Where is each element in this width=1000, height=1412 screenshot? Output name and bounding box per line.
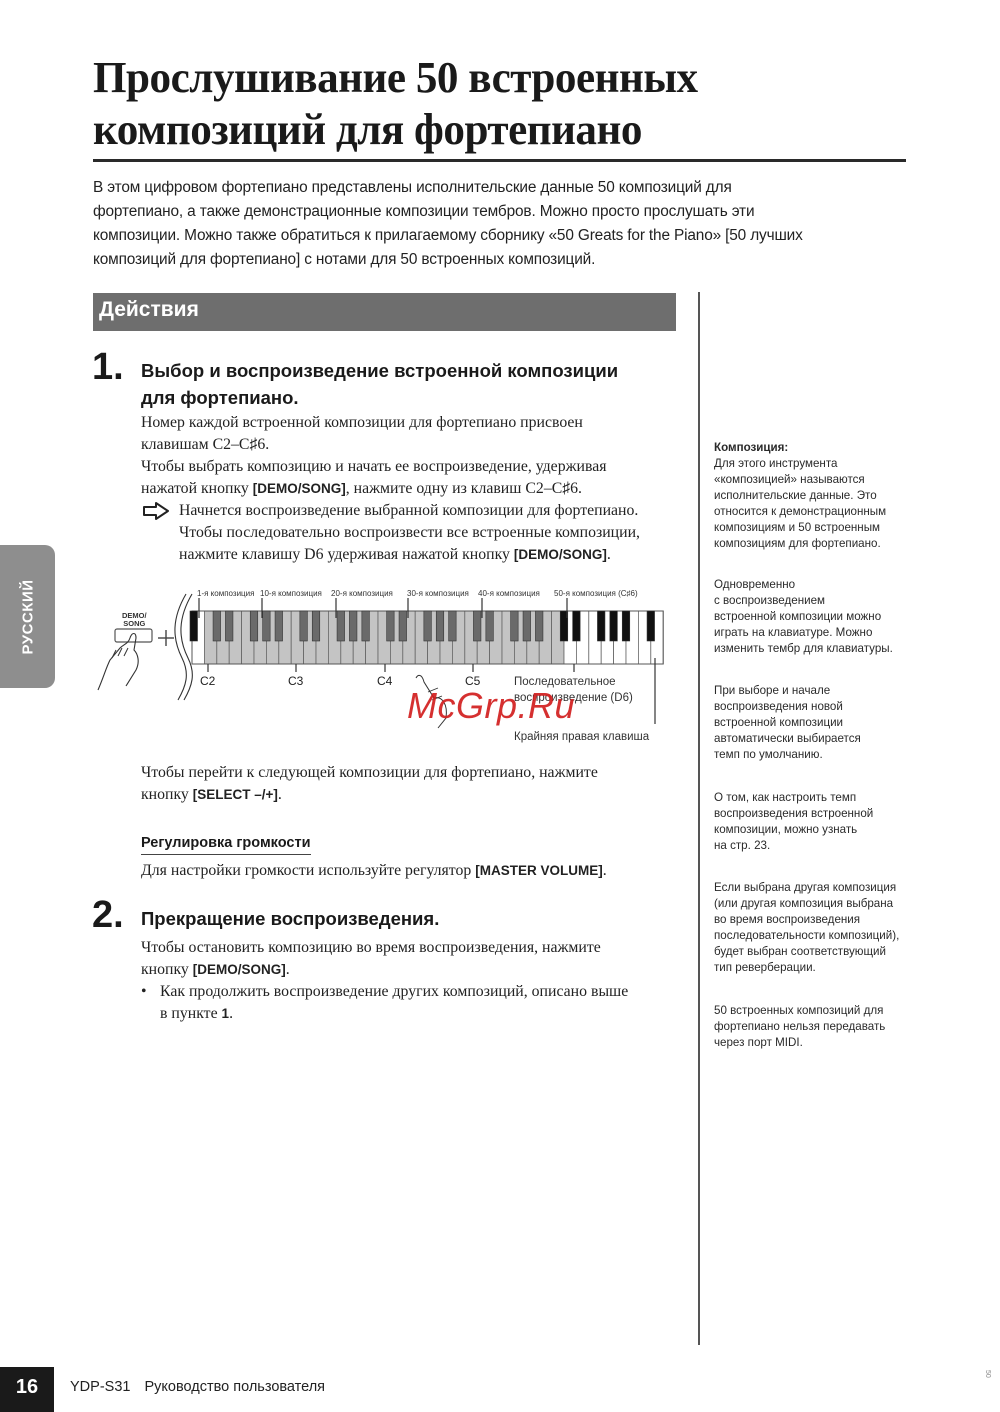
text-line: Чтобы перейти к следующей композиции для… (141, 762, 681, 784)
title-line-2: композиций для фортепиано (93, 105, 642, 154)
manual-name: Руководство пользователя (144, 1379, 325, 1395)
sidebar-note: Композиция:Для этого инструмента«компози… (714, 440, 919, 552)
section-header: Действия (93, 293, 676, 331)
page-number: 16 (0, 1376, 54, 1399)
note-line: на стр. 23. (714, 838, 919, 854)
step-1-paragraph: Номер каждой встроенной композиции для ф… (141, 412, 681, 500)
text: . (229, 1005, 233, 1022)
next-song-paragraph: Чтобы перейти к следующей композиции для… (141, 762, 681, 806)
text: . (607, 546, 611, 563)
note-line: О том, как настроить темп (714, 790, 919, 806)
rightmost-key-label: Крайняя правая клавиша (514, 729, 649, 745)
step-2-paragraph: Чтобы остановить композицию во время вос… (141, 937, 681, 981)
select-button-ref: [SELECT –/+] (193, 787, 278, 802)
note-line: будет выбран соответствующий (714, 944, 919, 960)
text: Для настройки громкости используйте регу… (141, 862, 475, 879)
text: кнопку (141, 961, 193, 978)
intro-line: композиций для фортепиано] с нотами для … (93, 248, 908, 272)
text: . (278, 786, 282, 803)
corner-mark: 50 (984, 1370, 991, 1378)
volume-paragraph: Для настройки громкости используйте регу… (141, 860, 681, 882)
note-line: Если выбрана другая композиция (714, 880, 919, 896)
song-marker-label: 40-я композиция (478, 589, 540, 598)
note-line: автоматически выбирается (714, 731, 919, 747)
intro-line: В этом цифровом фортепиано представлены … (93, 176, 908, 200)
note-line: играть на клавиатуре. Можно (714, 625, 919, 641)
text-line: кнопку [SELECT –/+]. (141, 784, 681, 806)
note-line: 50 встроенных композиций для (714, 1003, 919, 1019)
note-line: композициям для фортепиано. (714, 536, 919, 552)
sidebar-note: 50 встроенных композиций дляфортепиано н… (714, 1003, 919, 1051)
note-line: воспроизведения встроенной (714, 806, 919, 822)
note-line: встроенной композиции можно (714, 609, 919, 625)
demo-song-button-ref: [DEMO/SONG] (253, 481, 346, 496)
language-label: РУССКИЙ (19, 579, 36, 654)
song-marker-label: 30-я композиция (407, 589, 469, 598)
octave-label: C2 (200, 674, 215, 688)
song-marker-label: 1-я композиция (197, 589, 254, 598)
note-line: темп по умолчанию. (714, 747, 919, 763)
bullet-icon: • (141, 981, 147, 1003)
note-line: фортепиано нельзя передавать (714, 1019, 919, 1035)
step-ref: 1 (222, 1006, 230, 1021)
step-2-title: Прекращение воспроизведения. (141, 905, 439, 932)
sidebar-note: Одновременнос воспроизведениемвстроенной… (714, 577, 919, 657)
song-marker-label: 10-я композиция (260, 589, 322, 598)
note-line: «композицией» называются (714, 472, 919, 488)
note-line: с воспроизведением (714, 593, 919, 609)
sidebar-note: При выборе и началевоспроизведения новой… (714, 683, 919, 763)
master-volume-ref: [MASTER VOLUME] (475, 863, 603, 878)
note-line: последовательности композиций), (714, 928, 919, 944)
result-arrow-icon (142, 502, 170, 520)
watermark: McGrp.Ru (407, 685, 575, 727)
note-heading: Композиция: (714, 440, 919, 456)
text-line: клавишам C2–C♯6. (141, 434, 681, 456)
step-1-title: Выбор и воспроизведение встроенной компо… (141, 357, 618, 411)
note-line: относится к демонстрационным (714, 504, 919, 520)
step-1-result: Начнется воспроизведение выбранной компо… (179, 500, 679, 566)
page-title: Прослушивание 50 встроенных композиций д… (93, 52, 892, 156)
note-line: При выборе и начале (714, 683, 919, 699)
text-line: в пункте 1. (160, 1003, 680, 1025)
text: . (603, 862, 607, 879)
text-line: нажатой кнопку [DEMO/SONG], нажмите одну… (141, 478, 681, 500)
step-2-number: 2. (92, 896, 124, 934)
note-line: через порт MIDI. (714, 1035, 919, 1051)
keyboard-diagram: DEMO/ SONG 1-я композиция10-я композиция… (90, 578, 680, 748)
text-line: Чтобы выбрать композицию и начать ее вос… (141, 456, 681, 478)
demo-song-button-ref: [DEMO/SONG] (193, 962, 286, 977)
song-marker-label: 50-я композиция (C♯6) (554, 589, 638, 598)
title-line-1: Прослушивание 50 встроенных (93, 53, 698, 102)
note-line: композиции, можно узнать (714, 822, 919, 838)
title-rule (93, 159, 906, 162)
section-title: Действия (99, 298, 199, 322)
text: нажмите клавишу D6 удерживая нажатой кно… (179, 546, 514, 563)
text: кнопку (141, 786, 193, 803)
note-line: (или другая композиция выбрана (714, 896, 919, 912)
note-line: тип реверберации. (714, 960, 919, 976)
footer-text: YDP-S31Руководство пользователя (70, 1379, 325, 1395)
demo-song-button-ref: [DEMO/SONG] (514, 547, 607, 562)
text: нажатой кнопку (141, 480, 253, 497)
text: в пункте (160, 1005, 222, 1022)
column-divider (698, 292, 700, 1345)
sidebar-note: О том, как настроить темпвоспроизведения… (714, 790, 919, 854)
text: . (286, 961, 290, 978)
intro-line: фортепиано, а также демонстрационные ком… (93, 200, 908, 224)
text-line: Чтобы остановить композицию во время вос… (141, 937, 681, 959)
text: , нажмите одну из клавиш C2–C♯6. (346, 480, 582, 497)
note-line: встроенной композиции (714, 715, 919, 731)
note-line: Одновременно (714, 577, 919, 593)
step-1-title-line: для фортепиано. (141, 384, 618, 411)
note-line: Для этого инструмента (714, 456, 919, 472)
model-name: YDP-S31 (70, 1379, 130, 1395)
page-number-box: 16 (0, 1367, 54, 1412)
step-1-title-line: Выбор и воспроизведение встроенной компо… (141, 357, 618, 384)
language-tab: РУССКИЙ (0, 545, 55, 688)
keyboard-illustration (90, 578, 680, 748)
note-line: исполнительские данные. Это (714, 488, 919, 504)
note-line: воспроизведения новой (714, 699, 919, 715)
octave-label: C4 (377, 674, 392, 688)
text-line: Номер каждой встроенной композиции для ф… (141, 412, 681, 434)
sidebar-note: Если выбрана другая композиция(или друга… (714, 880, 919, 976)
octave-label: C3 (288, 674, 303, 688)
text-line: Как продолжить воспроизведение других ко… (160, 981, 680, 1003)
intro-paragraph: В этом цифровом фортепиано представлены … (93, 176, 908, 272)
note-line: во время воспроизведения (714, 912, 919, 928)
note-line: изменить тембр для клавиатуры. (714, 641, 919, 657)
text-line: кнопку [DEMO/SONG]. (141, 959, 681, 981)
note-line: композициям и 50 встроенным (714, 520, 919, 536)
volume-heading: Регулировка громкости (141, 835, 311, 855)
step-2-bullet: Как продолжить воспроизведение других ко… (160, 981, 680, 1025)
text-line: Чтобы последовательно воспроизвести все … (179, 522, 679, 544)
text-line: нажмите клавишу D6 удерживая нажатой кно… (179, 544, 679, 566)
step-1-number: 1. (92, 348, 124, 386)
song-marker-label: 20-я композиция (331, 589, 393, 598)
demo-song-button-icon (115, 629, 152, 642)
text-line: Начнется воспроизведение выбранной компо… (179, 500, 679, 522)
intro-line: композиции. Можно также обратиться к при… (93, 224, 908, 248)
